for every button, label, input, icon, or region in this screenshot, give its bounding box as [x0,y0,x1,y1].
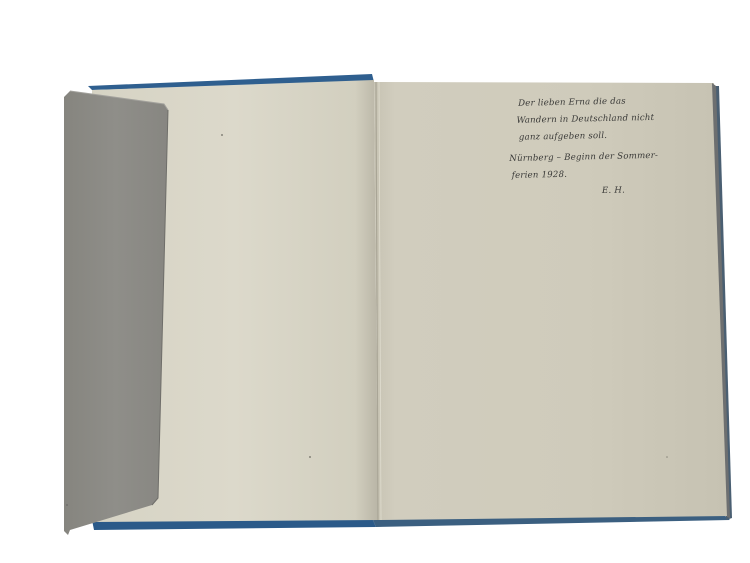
inscription-line: Nürnberg – Beginn der Sommer- [509,147,679,168]
handwritten-inscription: Der lieben Erna die das Wandern in Deuts… [508,92,680,202]
dust-jacket-flap [64,91,168,535]
open-book [0,0,750,563]
inscription-line: Wandern in Deutschland nicht [508,109,678,130]
book-photo: Der lieben Erna die das Wandern in Deuts… [0,0,750,563]
inscription-line: ganz aufgeben soll. [509,126,679,147]
inscription-signature: E. H. [510,181,680,202]
